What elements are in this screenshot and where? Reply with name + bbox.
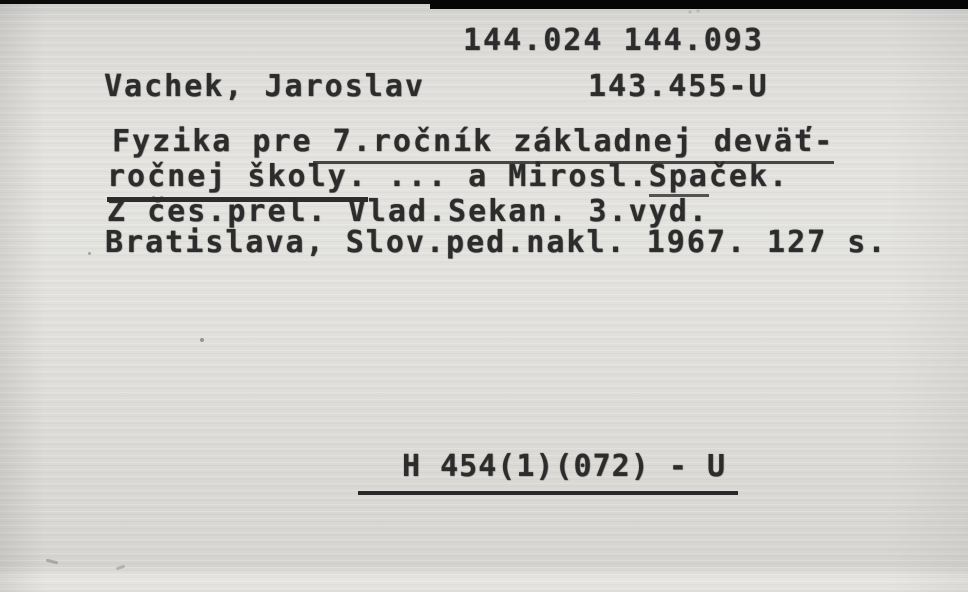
title-line-2: ročnej školy. ... a Mirosl.Spaček.	[107, 162, 789, 192]
publication-line: Bratislava, Slov.ped.nakl. 1967. 127 s.	[105, 228, 887, 258]
paper-speck	[200, 338, 204, 342]
call-number-row: H 454(1)(072) - U	[358, 452, 738, 482]
title-line-2-plain: ... a Mirosl.	[368, 159, 649, 194]
title-line-1: Fyzika pre 7.ročník základnej deväť-	[112, 127, 834, 157]
scan-edge-top-left	[0, 0, 470, 4]
call-number: H 454(1)(072) - U	[358, 449, 738, 495]
title-line-1-plain: Fyzika pre	[112, 124, 313, 159]
author-heading: Vachek, Jaroslav	[104, 72, 425, 102]
ink-smudge	[686, 8, 706, 16]
title-line-1-underlined: 7.ročník základnej deväť-	[313, 124, 835, 164]
paper-speck	[88, 252, 91, 255]
coauthor-name-rest: ček.	[709, 159, 789, 194]
overflow-copy-numbers: 144.024 144.093	[463, 26, 764, 56]
translation-edition-line: Z čes.prel. Vlad.Sekan. 3.vyd.	[107, 197, 709, 227]
coauthor-name-underlined: Spa	[649, 159, 709, 197]
shelf-number: 143.455-U	[588, 72, 769, 102]
